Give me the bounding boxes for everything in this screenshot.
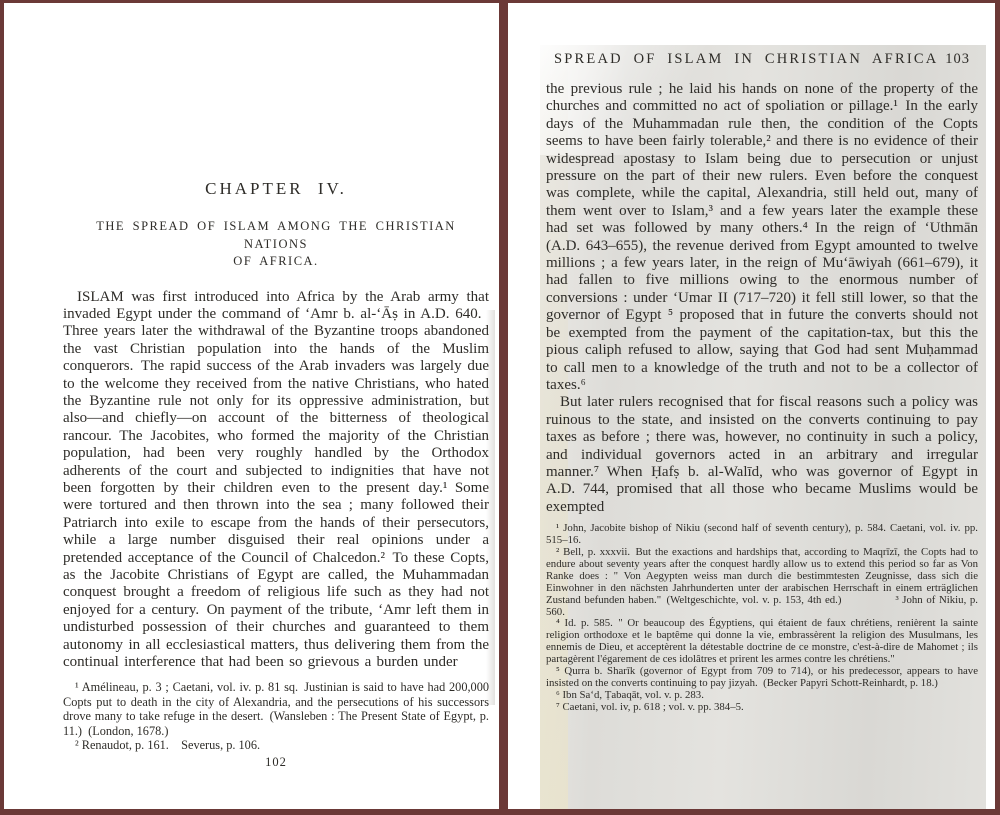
right-page-body: the previous rule ; he laid his hands on… (546, 81, 978, 516)
footnote: ⁶ Ibn Sa‘d, Ṭabaqāt, vol. v. p. 283. (546, 690, 978, 702)
left-page-body-paragraph: ISLAM was first introduced into Africa b… (63, 289, 489, 672)
footnote: ⁵ Qurra b. Sharīk (governor of Egypt fro… (546, 666, 978, 690)
spine-divider (499, 0, 508, 815)
right-page-footnotes: ¹ John, Jacobite bishop of Nikiu (second… (546, 523, 978, 714)
left-page-edge-shadow (486, 310, 495, 705)
left-page: CHAPTER IV. THE SPREAD OF ISLAM AMONG TH… (63, 180, 489, 770)
right-page-body-paragraph: But later rulers recognised that for fis… (546, 394, 978, 516)
left-page-number: 102 (63, 755, 489, 770)
right-page: SPREAD OF ISLAM IN CHRISTIAN AFRICA 103 … (540, 45, 986, 811)
right-page-body-paragraph: the previous rule ; he laid his hands on… (546, 81, 978, 394)
footnote: ¹ Amélineau, p. 3 ; Caetani, vol. iv. p.… (63, 680, 489, 738)
footnote: ⁷ Caetani, vol. iv, p. 618 ; vol. v. pp.… (546, 702, 978, 714)
right-page-content: SPREAD OF ISLAM IN CHRISTIAN AFRICA 103 … (540, 45, 986, 714)
footnote: ² Bell, p. xxxvii. But the exactions and… (546, 547, 978, 618)
right-page-number: 103 (945, 51, 970, 67)
chapter-subtitle-line-1: THE SPREAD OF ISLAM AMONG THE CHRISTIAN … (63, 218, 489, 253)
left-page-footnotes: ¹ Amélineau, p. 3 ; Caetani, vol. iv. p.… (63, 680, 489, 752)
running-head: SPREAD OF ISLAM IN CHRISTIAN AFRICA 103 (546, 51, 978, 67)
footnote: ⁴ Id. p. 585. " Or beaucoup des Égyptien… (546, 618, 978, 666)
chapter-heading: CHAPTER IV. (63, 180, 489, 197)
footnote: ¹ John, Jacobite bishop of Nikiu (second… (546, 523, 978, 547)
running-head-title: SPREAD OF ISLAM IN CHRISTIAN AFRICA (554, 51, 938, 67)
chapter-subtitle: THE SPREAD OF ISLAM AMONG THE CHRISTIAN … (63, 218, 489, 271)
chapter-subtitle-line-2: OF AFRICA. (63, 253, 489, 271)
footnote: ² Renaudot, p. 161. Severus, p. 106. (63, 738, 489, 752)
